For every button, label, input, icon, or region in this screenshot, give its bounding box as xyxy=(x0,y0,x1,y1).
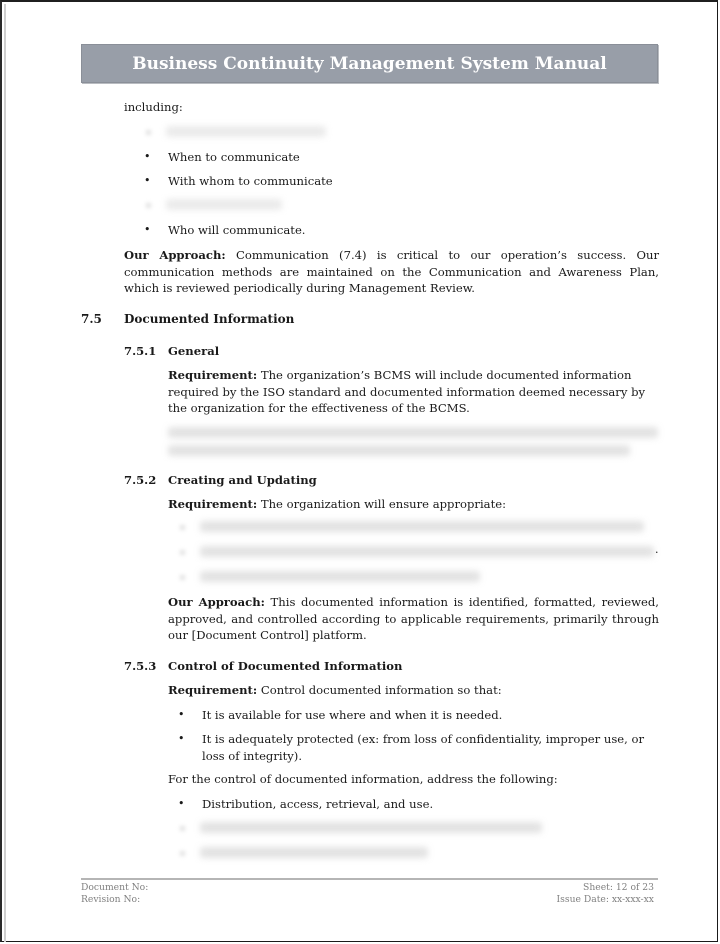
requirement-list-item: • It is available for use where and when… xyxy=(178,707,502,724)
subsection-title: General xyxy=(168,344,219,358)
redacted-bullet-icon xyxy=(180,851,185,856)
redacted-bullet-icon xyxy=(180,575,185,580)
redacted-bullet-icon xyxy=(146,203,151,208)
footer-issue-date: Issue Date: xx-xxx-xx xyxy=(557,894,654,905)
intro-list-item: • With whom to communicate xyxy=(144,173,333,190)
redacted-bullet-icon xyxy=(180,550,185,555)
footer-document-no: Document No: xyxy=(81,882,148,893)
address-list-item: • Distribution, access, retrieval, and u… xyxy=(178,796,433,813)
footer-divider xyxy=(81,878,658,880)
redacted-list-item xyxy=(200,847,428,858)
document-title-banner: Business Continuity Management System Ma… xyxy=(81,44,658,83)
document-title: Business Continuity Management System Ma… xyxy=(132,54,607,74)
footer-revision-no: Revision No: xyxy=(81,894,140,905)
redacted-list-item xyxy=(200,521,644,532)
address-lead: For the control of documented informatio… xyxy=(168,771,558,788)
section-title: Documented Information xyxy=(124,312,294,326)
document-page: Business Continuity Management System Ma… xyxy=(0,0,718,942)
subsection-number: 7.5.2 xyxy=(124,473,156,487)
redacted-list-item xyxy=(166,126,326,137)
intro-list-item: • Who will communicate. xyxy=(144,222,306,239)
footer-sheet: Sheet: 12 of 23 xyxy=(583,882,654,893)
subsection-title: Creating and Updating xyxy=(168,473,317,487)
requirement-paragraph: Requirement: The organization’s BCMS wil… xyxy=(168,367,660,417)
trailing-period: . xyxy=(655,542,659,559)
approach-paragraph: Our Approach: This documented informatio… xyxy=(168,594,659,644)
redacted-approach-line xyxy=(168,427,658,438)
requirement-paragraph: Requirement: Control documented informat… xyxy=(168,682,502,699)
intro-lead: including: xyxy=(124,99,183,116)
page-edge-shadow xyxy=(4,4,6,942)
section-number: 7.5 xyxy=(81,312,102,326)
redacted-list-item xyxy=(200,546,654,557)
requirement-paragraph: Requirement: The organization will ensur… xyxy=(168,496,506,513)
subsection-number: 7.5.3 xyxy=(124,659,156,673)
redacted-list-item xyxy=(200,822,542,833)
redacted-list-item xyxy=(200,571,480,582)
requirement-list-item: • It is adequately protected (ex: from l… xyxy=(178,731,662,764)
redacted-bullet-icon xyxy=(180,826,185,831)
redacted-approach-line xyxy=(168,445,630,456)
redacted-list-item xyxy=(166,199,282,210)
intro-approach-paragraph: Our Approach: Communication (7.4) is cri… xyxy=(124,247,659,297)
subsection-number: 7.5.1 xyxy=(124,344,156,358)
redacted-bullet-icon xyxy=(180,525,185,530)
intro-list-item: • When to communicate xyxy=(144,149,300,166)
subsection-title: Control of Documented Information xyxy=(168,659,402,673)
redacted-bullet-icon xyxy=(146,130,151,135)
